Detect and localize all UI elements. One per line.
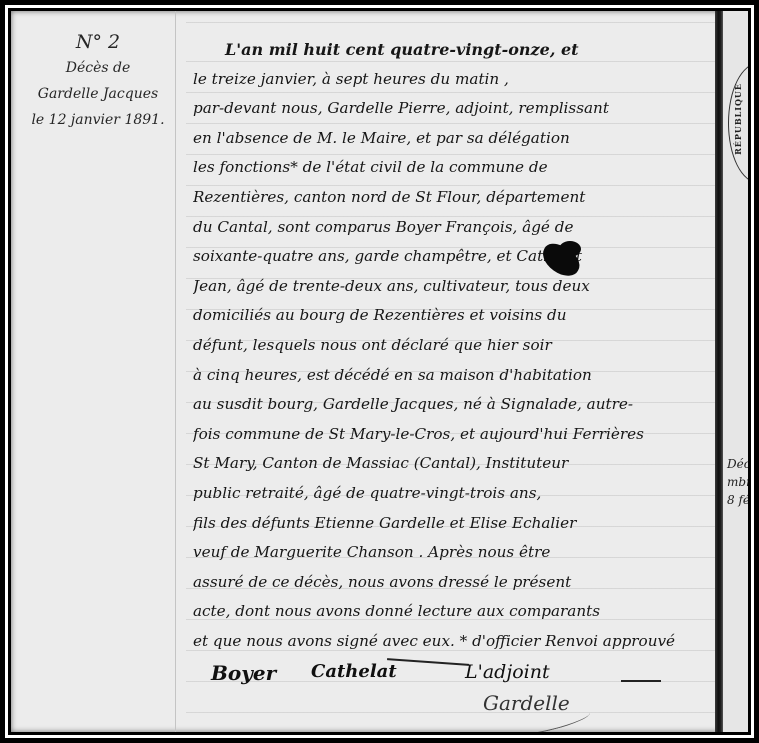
signature-title-adjoint: L'adjoint bbox=[465, 661, 550, 683]
body-line: fils des défunts Etienne Gardelle et Eli… bbox=[193, 509, 721, 539]
adjacent-margin-note: Déc mbr 8 fé bbox=[727, 455, 748, 509]
ink-blot-icon bbox=[559, 241, 581, 257]
margin-line: Gardelle Jacques bbox=[23, 81, 173, 107]
margin-divider bbox=[175, 11, 176, 732]
signature-boyer: Boyer bbox=[211, 661, 276, 685]
record-body: L'an mil huit cent quatre-vingt-onze, et… bbox=[193, 35, 721, 656]
margin-annotation: N° 2 Décès de Gardelle Jacques le 12 jan… bbox=[23, 29, 173, 133]
body-line: public retraité, âgé de quatre-vingt-tro… bbox=[193, 479, 721, 509]
signature-cathelat: Cathelat bbox=[311, 661, 397, 682]
body-line: fois commune de St Mary-le-Cros, et aujo… bbox=[193, 420, 721, 450]
signature-stroke bbox=[621, 680, 661, 682]
body-line: St Mary, Canton de Massiac (Cantal), Ins… bbox=[193, 449, 721, 479]
body-line: défunt, lesquels nous ont déclaré que hi… bbox=[193, 331, 721, 361]
body-line: et que nous avons signé avec eux. * d'of… bbox=[193, 627, 721, 657]
body-line: domiciliés au bourg de Rezentières et vo… bbox=[193, 301, 721, 331]
signature-gardelle: Gardelle bbox=[483, 691, 570, 715]
seal-text: RÉPUBLIQUE bbox=[733, 83, 743, 155]
body-line: les fonctions* de l'état civil de la com… bbox=[193, 153, 721, 183]
body-line: veuf de Marguerite Chanson . Après nous … bbox=[193, 538, 721, 568]
body-line: au susdit bourg, Gardelle Jacques, né à … bbox=[193, 390, 721, 420]
adjacent-note-line: 8 fé bbox=[727, 491, 748, 509]
body-line: acte, dont nous avons donné lecture aux … bbox=[193, 597, 721, 627]
margin-line: le 12 janvier 1891. bbox=[23, 107, 173, 133]
adjacent-note-line: mbr bbox=[727, 473, 748, 491]
body-line: L'an mil huit cent quatre-vingt-onze, et bbox=[193, 35, 721, 65]
body-line: Rezentières, canton nord de St Flour, dé… bbox=[193, 183, 721, 213]
record-number: N° 2 bbox=[23, 29, 173, 55]
body-line: le treize janvier, à sept heures du mati… bbox=[193, 65, 721, 95]
adjacent-note-line: Déc bbox=[727, 455, 748, 473]
body-line: du Cantal, sont comparus Boyer François,… bbox=[193, 213, 721, 243]
margin-line: Décès de bbox=[23, 55, 173, 81]
body-line: par-devant nous, Gardelle Pierre, adjoin… bbox=[193, 94, 721, 124]
body-line: soixante-quatre ans, garde champêtre, et… bbox=[193, 242, 721, 272]
body-line: assuré de ce décès, nous avons dressé le… bbox=[193, 568, 721, 598]
document-page: RÉPUBLIQUE Déc mbr 8 fé N° 2 Décès de Ga… bbox=[11, 11, 748, 732]
body-line: en l'absence de M. le Maire, et par sa d… bbox=[193, 124, 721, 154]
body-line: Jean, âgé de trente-deux ans, cultivateu… bbox=[193, 272, 721, 302]
body-line: à cinq heures, est décédé en sa maison d… bbox=[193, 361, 721, 391]
